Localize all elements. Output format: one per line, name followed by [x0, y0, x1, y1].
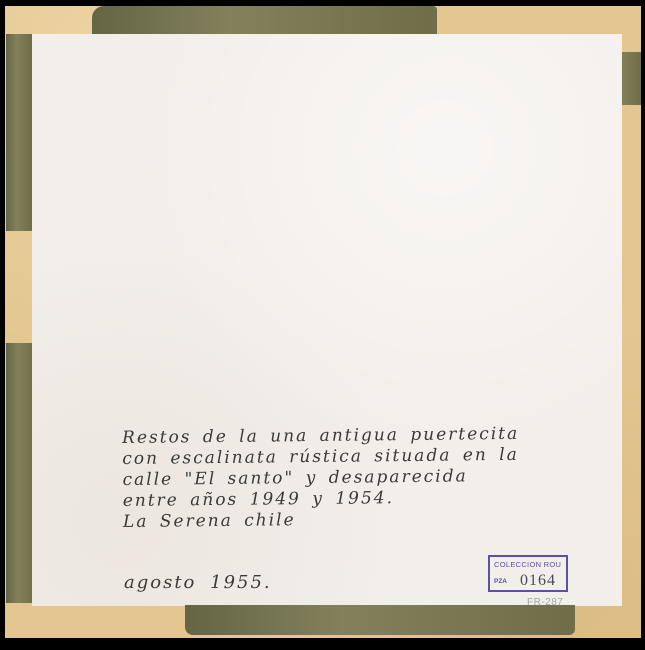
tape-strip-left-upper: [6, 34, 32, 231]
handwritten-date: agosto 1955.: [124, 572, 272, 593]
stamp-title: COLECCION ROU: [494, 560, 561, 569]
collection-stamp: COLECCION ROU PZA 0164: [488, 555, 568, 592]
handwritten-note: Restos de la una antigua puertecita con …: [122, 424, 520, 533]
stamp-label: PZA: [494, 578, 507, 585]
tape-strip-top: [92, 6, 437, 36]
catalog-number: FR-287: [527, 597, 563, 608]
stamp-number: 0164: [520, 572, 556, 590]
note-line: La Serena chile: [123, 508, 520, 533]
note-line: calle "El santo" y desaparecida: [122, 466, 519, 491]
tape-strip-bottom: [185, 605, 575, 635]
